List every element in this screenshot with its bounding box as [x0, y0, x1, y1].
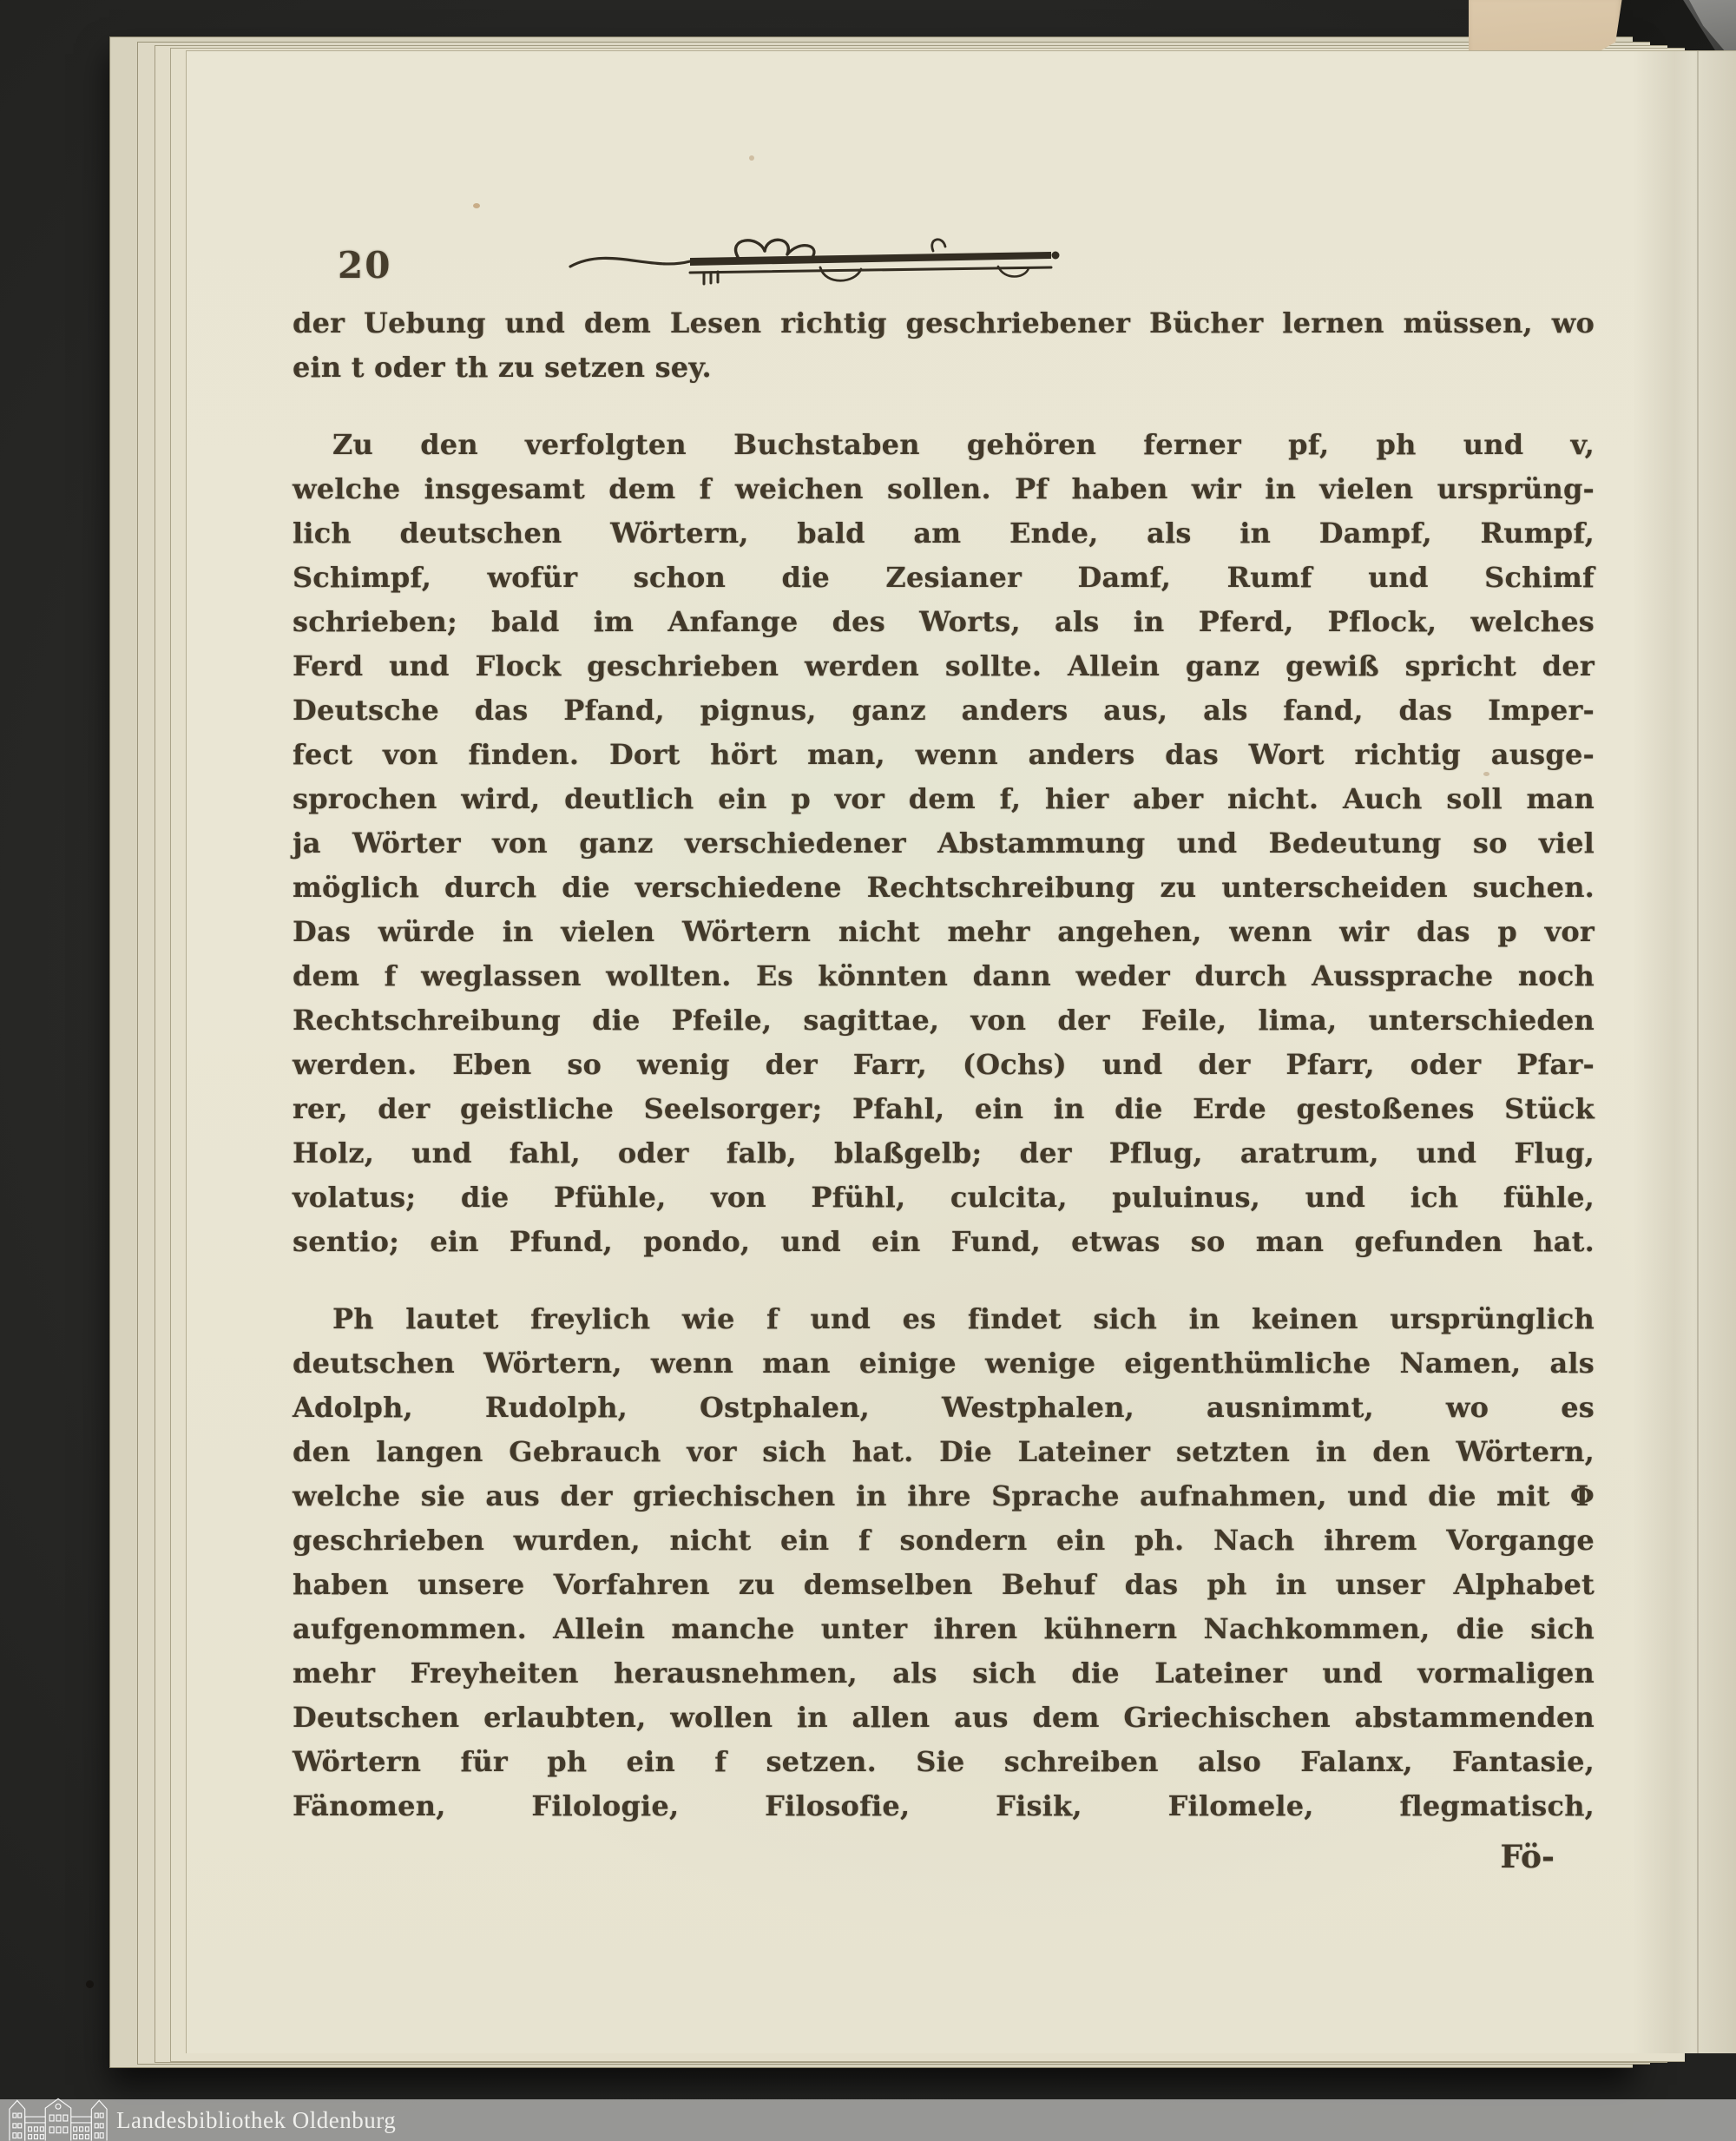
- page-fold-crease: [1697, 51, 1699, 2053]
- text-line: geschrieben wurden, nicht ein f sondern …: [293, 1518, 1595, 1563]
- paragraph: Zu den verfolgten Buchstaben gehören fer…: [293, 423, 1595, 1264]
- text-line: Holz, und fahl, oder falb, blaßgelb; der…: [293, 1131, 1595, 1176]
- text-line: Deutschen erlaubten, wollen in allen aus…: [293, 1696, 1595, 1740]
- text-line: deutschen Wörtern, wenn man einige wenig…: [293, 1341, 1595, 1386]
- text-line: haben unsere Vorfahren zu demselben Behu…: [293, 1563, 1595, 1607]
- foxing-spot: [473, 203, 480, 208]
- text-line: fect von finden. Dort hört man, wenn and…: [293, 733, 1595, 777]
- text-line: Adolph, Rudolph, Ostphalen, Westphalen, …: [293, 1386, 1595, 1430]
- ink-speck: [86, 1980, 94, 1988]
- text-block: der Uebung und dem Lesen richtig geschri…: [293, 301, 1595, 1875]
- text-line: Schimpf, wofür schon die Zesianer Damf, …: [293, 556, 1595, 600]
- text-line: Zu den verfolgten Buchstaben gehören fer…: [293, 423, 1595, 467]
- text-line: lich deutschen Wörtern, bald am Ende, al…: [293, 511, 1595, 556]
- page-number: 20: [338, 244, 391, 287]
- text-line: volatus; die Pfühle, von Pfühl, culcita,…: [293, 1176, 1595, 1220]
- text-line: sentio; ein Pfund, pondo, und ein Fund, …: [293, 1220, 1595, 1264]
- text-line: Fänomen, Filologie, Filosofie, Fisik, Fi…: [293, 1784, 1595, 1828]
- text-line: Wörtern für ph ein f setzen. Sie schreib…: [293, 1740, 1595, 1784]
- text-line: den langen Gebrauch vor sich hat. Die La…: [293, 1430, 1595, 1474]
- text-line: schrieben; bald im Anfange des Worts, al…: [293, 600, 1595, 644]
- catchword: Fö-: [293, 1839, 1595, 1875]
- book-page: 20 der Uebung und dem Lesen richtig gesc…: [186, 50, 1736, 2053]
- text-line: Deutsche das Pfand, pignus, ganz anders …: [293, 688, 1595, 733]
- text-line: dem f weglassen wollten. Es könnten dann…: [293, 954, 1595, 998]
- paragraph: der Uebung und dem Lesen richtig geschri…: [293, 301, 1595, 390]
- text-line: Rechtschreibung die Pfeile, sagittae, vo…: [293, 998, 1595, 1043]
- text-line: welche sie aus der griechischen in ihre …: [293, 1474, 1595, 1518]
- header-ornament-icon: [560, 232, 1062, 294]
- text-line: der Uebung und dem Lesen richtig geschri…: [293, 301, 1595, 346]
- text-line: rer, der geistliche Seelsorger; Pfahl, e…: [293, 1087, 1595, 1131]
- text-line: ja Wörter von ganz verschiedener Abstamm…: [293, 821, 1595, 866]
- library-name: Landesbibliothek Oldenburg: [116, 2107, 396, 2134]
- text-line: werden. Eben so wenig der Farr, (Ochs) u…: [293, 1043, 1595, 1087]
- text-line: Das würde in vielen Wörtern nicht mehr a…: [293, 910, 1595, 954]
- text-line: ein t oder th zu setzen sey.: [293, 346, 1595, 390]
- text-line: aufgenommen. Allein manche unter ihren k…: [293, 1607, 1595, 1651]
- text-line: möglich durch die verschiedene Rechtschr…: [293, 866, 1595, 910]
- text-line: mehr Freyheiten herausnehmen, als sich d…: [293, 1651, 1595, 1696]
- text-line: Ph lautet freylich wie f und es findet s…: [293, 1297, 1595, 1341]
- paragraph: Ph lautet freylich wie f und es findet s…: [293, 1297, 1595, 1828]
- text-line: sprochen wird, deutlich ein p vor dem f,…: [293, 777, 1595, 821]
- scanned-book-photo: 20 der Uebung und dem Lesen richtig gesc…: [0, 0, 1736, 2141]
- text-line: welche insgesamt dem f weichen sollen. P…: [293, 467, 1595, 511]
- foxing-spot: [749, 155, 754, 161]
- library-building-icon: [7, 2096, 109, 2141]
- library-watermark-bar: Landesbibliothek Oldenburg: [0, 2099, 1736, 2141]
- page-fold-shading: [1633, 51, 1736, 2053]
- text-line: Ferd und Flock geschrieben werden sollte…: [293, 644, 1595, 688]
